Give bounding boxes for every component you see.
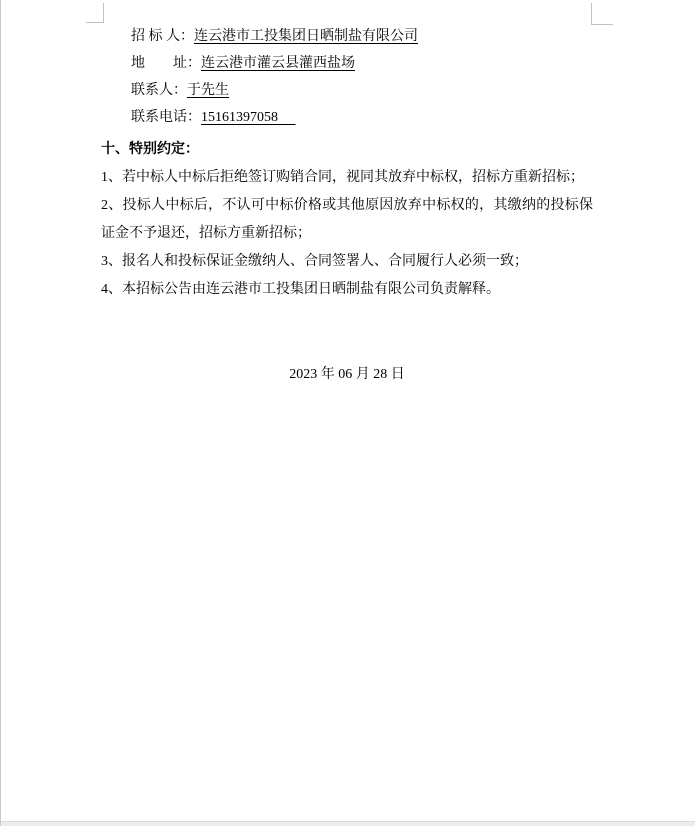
contact-value: 连云港市工投集团日晒制盐有限公司 bbox=[194, 29, 418, 44]
contact-value: 于先生 bbox=[187, 83, 229, 98]
clause-2: 2、投标人中标后，不认可中标价格或其他原因放弃中标权的，其缴纳的投标保证金不予退… bbox=[101, 192, 593, 248]
margin-crop-mark-left-icon bbox=[86, 3, 104, 23]
contact-value: 15161397058 bbox=[201, 110, 296, 125]
contact-row-person: 联系人：于先生 bbox=[131, 77, 593, 104]
contact-row-phone: 联系电话：15161397058 bbox=[131, 104, 593, 131]
contact-row-bidder: 招 标 人：连云港市工投集团日晒制盐有限公司 bbox=[131, 23, 593, 50]
contact-label: 联系电话： bbox=[131, 110, 201, 125]
date-line: 2023 年 06 月 28 日 bbox=[101, 361, 593, 389]
section-heading: 十、特别约定： bbox=[101, 136, 593, 164]
app-background-strip bbox=[1, 821, 695, 826]
document-content: 招 标 人：连云港市工投集团日晒制盐有限公司 地 址：连云港市灌云县灌西盐场 联… bbox=[101, 23, 593, 389]
clause-4: 4、本招标公告由连云港市工投集团日晒制盐有限公司负责解释。 bbox=[101, 276, 593, 304]
contact-label: 招 标 人： bbox=[131, 29, 194, 44]
clause-1: 1、若中标人中标后拒绝签订购销合同，视同其放弃中标权，招标方重新招标； bbox=[101, 164, 593, 192]
contact-block: 招 标 人：连云港市工投集团日晒制盐有限公司 地 址：连云港市灌云县灌西盐场 联… bbox=[131, 23, 593, 131]
contact-label: 地 址： bbox=[131, 56, 201, 71]
clause-3: 3、报名人和投标保证金缴纳人、合同签署人、合同履行人必须一致； bbox=[101, 248, 593, 276]
contact-label: 联系人： bbox=[131, 83, 187, 98]
document-page: 招 标 人：连云港市工投集团日晒制盐有限公司 地 址：连云港市灌云县灌西盐场 联… bbox=[0, 0, 695, 826]
margin-crop-mark-right-icon bbox=[591, 3, 613, 25]
contact-value: 连云港市灌云县灌西盐场 bbox=[201, 56, 355, 71]
contact-row-address: 地 址：连云港市灌云县灌西盐场 bbox=[131, 50, 593, 77]
